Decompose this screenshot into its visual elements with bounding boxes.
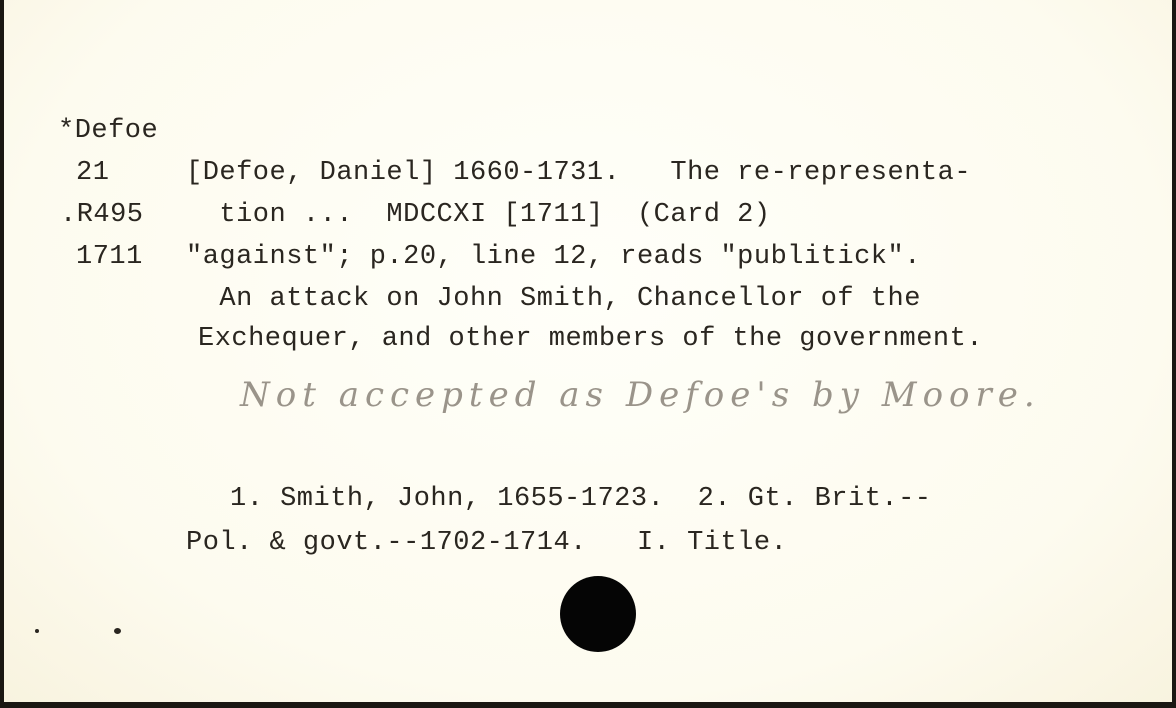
ink-speck bbox=[35, 629, 39, 633]
entry-line-4: An attack on John Smith, Chancellor of t… bbox=[186, 286, 921, 313]
call-number-line-1: *Defoe bbox=[58, 118, 158, 145]
call-number-line-4: 1711 bbox=[76, 244, 143, 271]
entry-line-5: Exchequer, and other members of the gove… bbox=[198, 326, 983, 353]
tracing-line-1: 1. Smith, John, 1655-1723. 2. Gt. Brit.-… bbox=[230, 486, 932, 513]
entry-line-2: tion ... MDCCXI [1711] (Card 2) bbox=[186, 202, 771, 229]
tracing-line-2: Pol. & govt.--1702-1714. I. Title. bbox=[186, 530, 787, 557]
call-number-line-2: 21 bbox=[76, 160, 109, 187]
punch-hole bbox=[560, 576, 636, 652]
entry-line-1: [Defoe, Daniel] 1660-1731. The re-repres… bbox=[186, 160, 971, 187]
ink-speck bbox=[114, 628, 121, 634]
entry-line-3: "against"; p.20, line 12, reads "publiti… bbox=[186, 244, 921, 271]
call-number-line-3: .R495 bbox=[60, 202, 144, 229]
handwritten-note: Not accepted as Defoe's by Moore. bbox=[240, 378, 1041, 412]
catalog-card: *Defoe 21 .R495 1711 [Defoe, Daniel] 166… bbox=[4, 0, 1172, 702]
